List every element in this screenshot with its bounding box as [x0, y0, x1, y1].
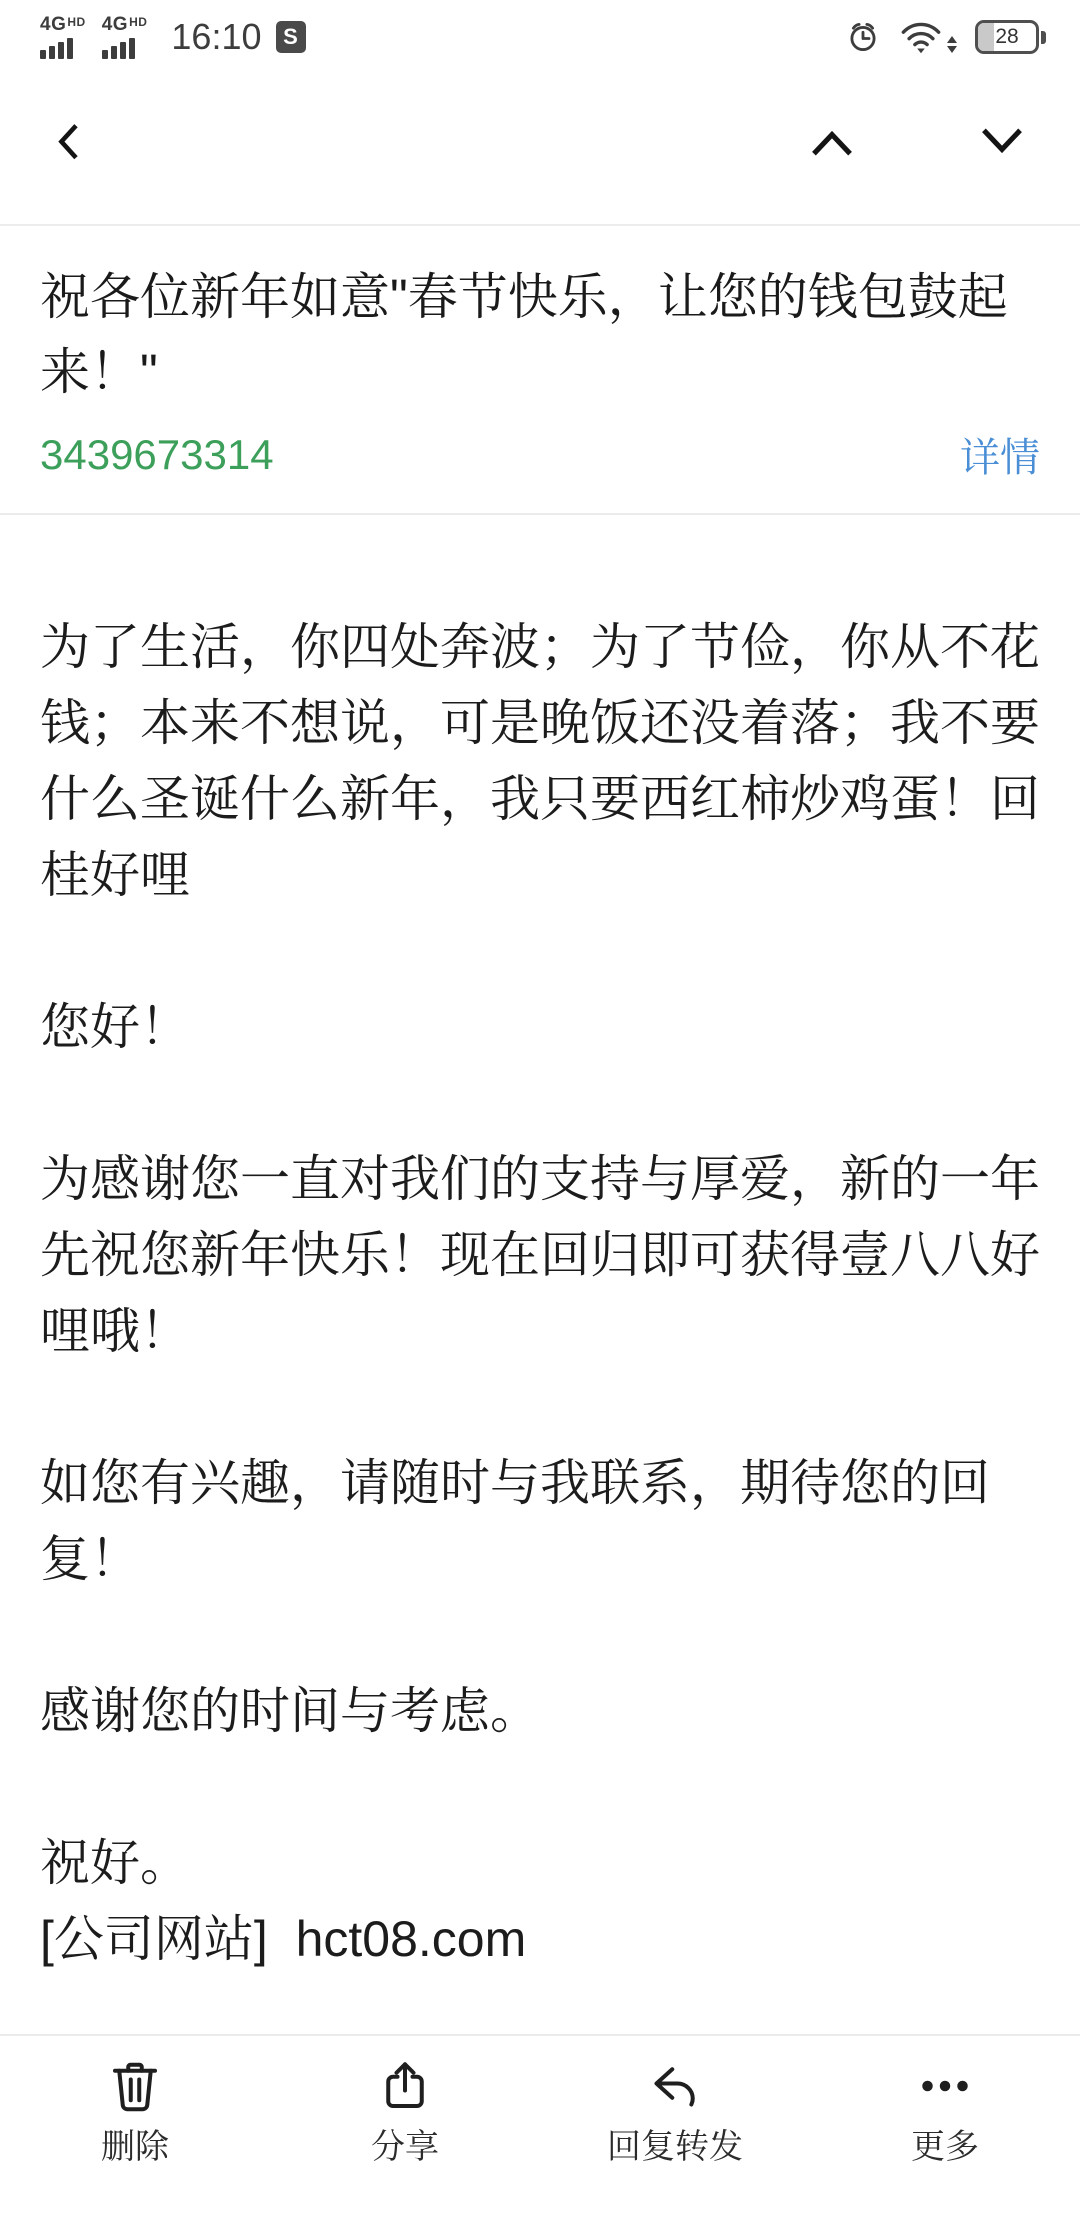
nav-bar — [0, 62, 1080, 226]
back-button[interactable] — [48, 116, 94, 171]
body-paragraph: 为了生活，你四处奔波；为了节俭，你从不花钱；本来不想说，可是晚饭还没着落；我不要… — [40, 609, 1040, 913]
sender-row: 3439673314 详情 — [40, 426, 1040, 483]
mail-header-card: 祝各位新年如意"春节快乐，让您的钱包鼓起来！" 3439673314 详情 — [0, 226, 1080, 515]
body-paragraph: 感谢您的时间与考虑。 — [40, 1673, 1040, 1749]
signal-bars-icon — [40, 37, 73, 59]
share-icon — [375, 2056, 435, 2116]
sender-address[interactable]: 3439673314 — [40, 431, 274, 479]
reply-forward-icon — [645, 2056, 705, 2116]
body-paragraph: 如您有兴趣，请随时与我联系，期待您的回复！ — [40, 1445, 1040, 1597]
status-bar: 4GHD 4GHD 16:10 S — [0, 0, 1080, 62]
details-link[interactable]: 详情 — [960, 426, 1040, 483]
more-icon — [915, 2056, 975, 2116]
toolbar-label: 更多 — [911, 2130, 979, 2164]
wifi-icon — [899, 19, 943, 55]
body-paragraph: 您好！ — [40, 989, 1040, 1065]
status-bar-right: 28 — [845, 19, 1046, 55]
chevron-left-icon — [48, 116, 94, 171]
toolbar-label: 回复转发 — [607, 2130, 743, 2164]
clock-time: 16:10 — [171, 16, 261, 58]
chevron-down-icon — [976, 125, 1028, 162]
previous-mail-button[interactable] — [806, 125, 858, 162]
toolbar-trash-button[interactable]: 删除 — [0, 2056, 270, 2214]
next-mail-button[interactable] — [976, 125, 1028, 162]
battery-indicator: 28 — [975, 20, 1046, 54]
battery-fill — [978, 23, 994, 51]
mail-subject: 祝各位新年如意"春节快乐，让您的钱包鼓起来！" — [40, 260, 1040, 410]
email-viewer-screen: 4GHD 4GHD 16:10 S — [0, 0, 1080, 2214]
alarm-icon — [845, 19, 881, 55]
chevron-up-icon — [806, 125, 858, 162]
toolbar-reply-forward-button[interactable]: 回复转发 — [540, 2056, 810, 2214]
body-paragraph: 为感谢您一直对我们的支持与厚爱，新的一年先祝您新年快乐！现在回归即可获得壹八八好… — [40, 1141, 1040, 1369]
data-transfer-arrows-icon — [947, 36, 957, 53]
toolbar-label: 分享 — [371, 2130, 439, 2164]
battery-percent: 28 — [995, 25, 1018, 49]
signal-indicator-sim2: 4GHD — [102, 15, 148, 59]
body-paragraph: 祝好。 [公司网站] hct08.com — [40, 1825, 1040, 1977]
signal-indicator-sim1: 4GHD — [40, 15, 86, 59]
toolbar-label: 删除 — [101, 2130, 169, 2164]
network-type-label: 4GHD — [102, 15, 148, 34]
network-type-label: 4GHD — [40, 15, 86, 34]
signal-bars-icon — [102, 37, 135, 59]
s-badge-icon: S — [276, 21, 306, 53]
toolbar-more-button[interactable]: 更多 — [810, 2056, 1080, 2214]
toolbar-share-button[interactable]: 分享 — [270, 2056, 540, 2214]
bottom-toolbar: 删除分享回复转发更多 — [0, 2034, 1080, 2214]
mail-body: 为了生活，你四处奔波；为了节俭，你从不花钱；本来不想说，可是晚饭还没着落；我不要… — [0, 515, 1080, 1977]
trash-icon — [105, 2056, 165, 2116]
